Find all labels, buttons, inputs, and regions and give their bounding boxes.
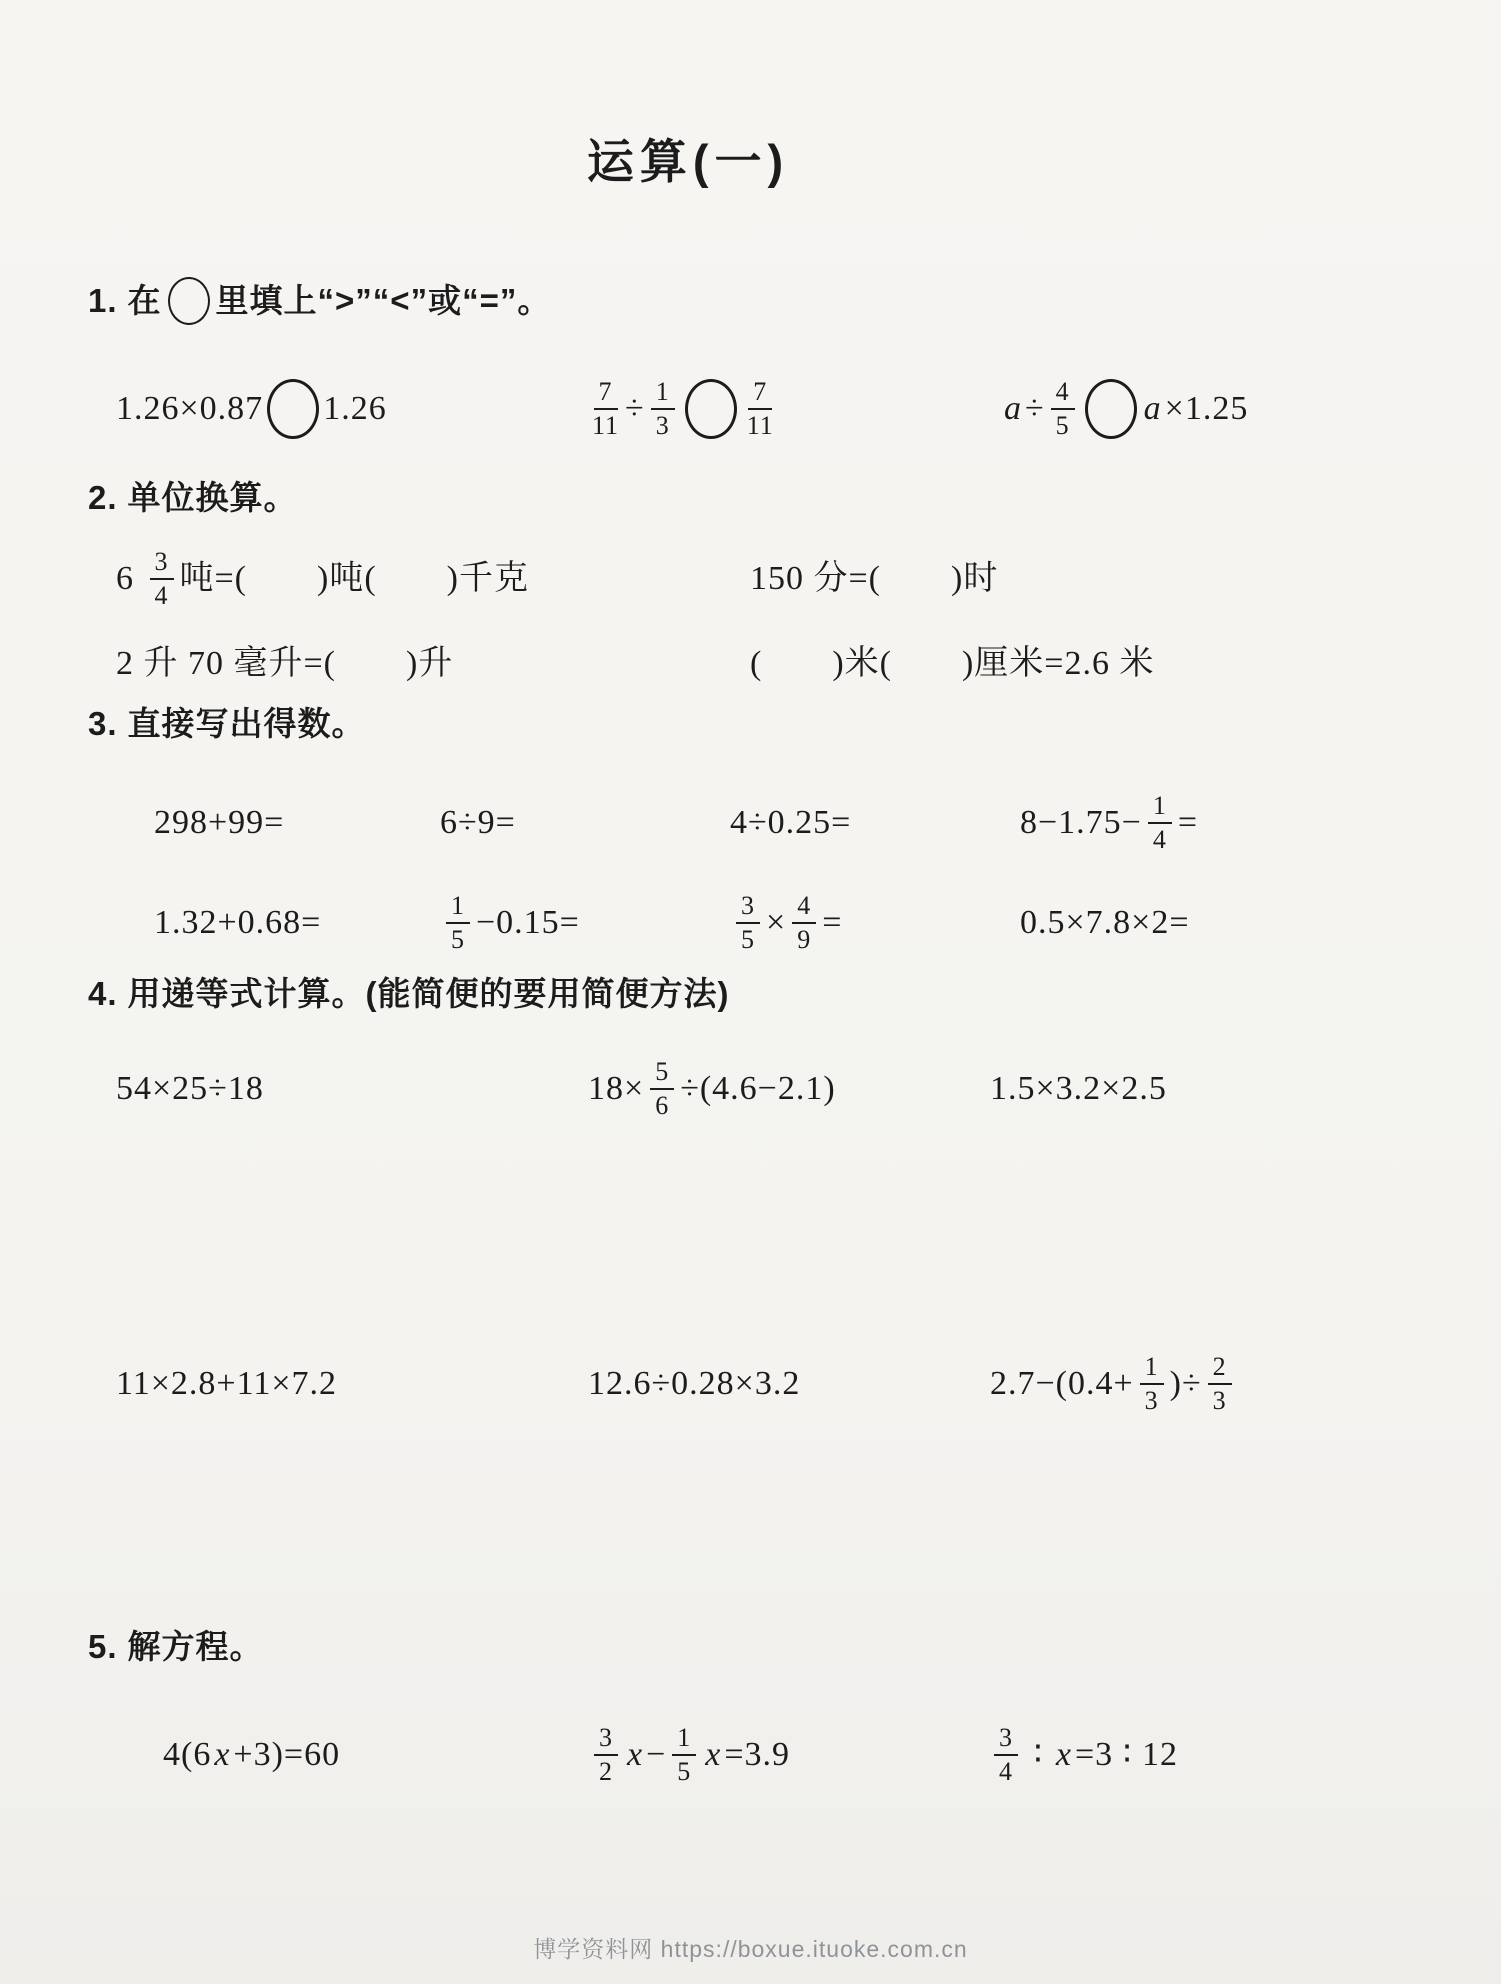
text-run: 1.32+0.68= xyxy=(154,902,321,945)
text-run: ÷ xyxy=(625,388,645,431)
variable: a xyxy=(1001,388,1025,431)
math-expression: 2 升 70 毫升=( )升 xyxy=(116,643,750,686)
fraction: 14 xyxy=(1148,792,1172,854)
question-3: 3. 直接写出得数。 298+99= 6÷9= 4÷0.25= 8−1.75−1… xyxy=(88,701,1451,971)
text-run: ÷(4.6−2.1) xyxy=(680,1068,835,1111)
variable: x xyxy=(702,1734,724,1777)
denominator: 5 xyxy=(741,924,755,954)
question-heading-text: 在里填上“>”“<”或“=”。 xyxy=(128,277,552,325)
math-expression: 6÷9= xyxy=(440,802,730,845)
math-expression: 4÷0.25= xyxy=(730,802,1020,845)
question-heading: 5. 解方程。 xyxy=(88,1624,1451,1670)
numerator: 4 xyxy=(1051,378,1075,410)
math-expression: ( )米( )厘米=2.6 米 xyxy=(750,643,1451,686)
text-run: ÷ xyxy=(1025,388,1045,431)
numerator: 3 xyxy=(736,892,760,924)
question-heading-text: 解方程。 xyxy=(128,1624,264,1670)
numerator: 7 xyxy=(748,378,772,410)
math-expression: 11×2.8+11×7.2 xyxy=(116,1363,588,1406)
text-run: 1.5×3.2×2.5 xyxy=(990,1068,1167,1111)
fraction: 15 xyxy=(446,892,470,954)
page-footer: 博学资料网 https://boxue.ituoke.com.cn xyxy=(0,1931,1501,1964)
text-run: ∶ xyxy=(1024,1734,1053,1777)
fraction: 23 xyxy=(1208,1353,1232,1415)
worksheet-page: 运算(一) 1. 在里填上“>”“<”或“=”。 1.26×0.871.26 7… xyxy=(0,31,1501,1810)
text-run: 12.6÷0.28×3.2 xyxy=(588,1363,800,1406)
question-heading: 3. 直接写出得数。 xyxy=(88,701,1451,747)
math-expression: 2.7−(0.4+13)÷23 xyxy=(990,1353,1451,1415)
expression-row: 2 升 70 毫升=( )升 ( )米( )厘米=2.6 米 xyxy=(88,637,1451,691)
math-expression: 1.26×0.871.26 xyxy=(116,379,586,439)
text-run: =3.9 xyxy=(724,1734,790,1777)
numerator: 1 xyxy=(651,378,675,410)
text-run: 6 xyxy=(116,558,144,601)
math-expression: 1.5×3.2×2.5 xyxy=(990,1068,1451,1111)
math-expression: 711÷13711 xyxy=(586,378,1001,440)
expression-row: 1.32+0.68= 15−0.15= 35×49= 0.5×7.8×2= xyxy=(88,875,1451,971)
text-run: +3)=60 xyxy=(233,1734,340,1777)
text-run: 在 xyxy=(128,278,162,324)
fraction: 34 xyxy=(150,548,174,610)
answer-circle xyxy=(168,277,210,325)
text-run: 150 分=( )时 xyxy=(750,558,998,601)
denominator: 4 xyxy=(999,1756,1013,1786)
numerator: 4 xyxy=(792,892,816,924)
question-number: 1. xyxy=(88,278,118,324)
expression-row: 6 34吨=( )吨( )千克 150 分=( )时 xyxy=(88,539,1451,619)
question-heading-text: 直接写出得数。 xyxy=(128,701,366,747)
denominator: 3 xyxy=(1213,1385,1227,1415)
numerator: 1 xyxy=(672,1724,696,1756)
text-run: ( )米( )厘米=2.6 米 xyxy=(750,643,1154,686)
text-run: 解方程。 xyxy=(128,1624,264,1670)
fraction: 35 xyxy=(736,892,760,954)
math-expression: 8−1.75−14= xyxy=(1020,792,1451,854)
fraction: 49 xyxy=(792,892,816,954)
numerator: 2 xyxy=(1208,1353,1232,1385)
question-5: 5. 解方程。 4(6x+3)=60 32x−15x=3.9 34 ∶ x=3 … xyxy=(88,1624,1451,1810)
numerator: 3 xyxy=(150,548,174,580)
math-expression: 54×25÷18 xyxy=(116,1068,588,1111)
fraction: 32 xyxy=(594,1724,618,1786)
text-run: 2 升 70 毫升=( )升 xyxy=(116,643,453,686)
denominator: 2 xyxy=(599,1756,613,1786)
text-run: 11×2.8+11×7.2 xyxy=(116,1363,337,1406)
numerator: 1 xyxy=(1148,792,1172,824)
question-number: 2. xyxy=(88,475,118,521)
fraction: 56 xyxy=(650,1058,674,1120)
text-run: 6÷9= xyxy=(440,802,516,845)
math-expression: 0.5×7.8×2= xyxy=(1020,902,1451,945)
math-expression: 6 34吨=( )吨( )千克 xyxy=(116,548,750,610)
math-expression: 32x−15x=3.9 xyxy=(588,1724,988,1786)
question-2: 2. 单位换算。 6 34吨=( )吨( )千克 150 分=( )时 2 升 … xyxy=(88,475,1451,691)
math-expression: 18×56÷(4.6−2.1) xyxy=(588,1058,990,1120)
text-run: =3 ∶ 12 xyxy=(1075,1734,1178,1777)
text-run: 0.5×7.8×2= xyxy=(1020,902,1190,945)
math-expression: 34 ∶ x=3 ∶ 12 xyxy=(988,1724,1451,1786)
fraction: 13 xyxy=(651,378,675,440)
text-run: 吨=( )吨( )千克 xyxy=(180,558,529,601)
text-run: 1.26 xyxy=(323,388,387,431)
text-run: − xyxy=(646,1734,666,1777)
denominator: 4 xyxy=(1153,824,1167,854)
text-run: ×1.25 xyxy=(1165,388,1249,431)
expression-row: 11×2.8+11×7.2 12.6÷0.28×3.2 2.7−(0.4+13)… xyxy=(88,1329,1451,1439)
denominator: 11 xyxy=(592,410,619,440)
variable: x xyxy=(1053,1734,1075,1777)
answer-circle xyxy=(685,379,737,439)
question-heading: 1. 在里填上“>”“<”或“=”。 xyxy=(88,277,1451,325)
text-run: 298+99= xyxy=(154,802,284,845)
numerator: 3 xyxy=(594,1724,618,1756)
fraction: 711 xyxy=(592,378,619,440)
denominator: 5 xyxy=(677,1756,691,1786)
denominator: 6 xyxy=(655,1090,669,1120)
fraction: 13 xyxy=(1140,1353,1164,1415)
math-expression: 298+99= xyxy=(154,802,440,845)
text-run: 2.7−(0.4+ xyxy=(990,1363,1134,1406)
question-1: 1. 在里填上“>”“<”或“=”。 1.26×0.871.26 711÷137… xyxy=(88,277,1451,451)
math-expression: 1.32+0.68= xyxy=(154,902,440,945)
text-run: −0.15= xyxy=(476,902,580,945)
answer-circle xyxy=(267,379,319,439)
expression-row: 54×25÷18 18×56÷(4.6−2.1) 1.5×3.2×2.5 xyxy=(88,1039,1451,1139)
denominator: 3 xyxy=(1145,1385,1159,1415)
text-run: = xyxy=(1178,802,1198,845)
fraction: 45 xyxy=(1051,378,1075,440)
math-expression: 12.6÷0.28×3.2 xyxy=(588,1363,990,1406)
text-run: 单位换算。 xyxy=(128,475,298,521)
math-expression: a÷45a×1.25 xyxy=(1001,378,1451,440)
answer-circle xyxy=(1085,379,1137,439)
question-heading: 4. 用递等式计算。(能简便的要用简便方法) xyxy=(88,971,1451,1017)
fraction: 711 xyxy=(747,378,774,440)
question-number: 4. xyxy=(88,971,118,1017)
text-run: 4÷0.25= xyxy=(730,802,851,845)
math-expression: 150 分=( )时 xyxy=(750,558,1451,601)
fraction: 34 xyxy=(994,1724,1018,1786)
numerator: 7 xyxy=(594,378,618,410)
denominator: 11 xyxy=(747,410,774,440)
expression-row: 1.26×0.871.26 711÷13711 a÷45a×1.25 xyxy=(88,367,1451,451)
text-run: 直接写出得数。 xyxy=(128,701,366,747)
denominator: 5 xyxy=(1056,410,1070,440)
math-expression: 15−0.15= xyxy=(440,892,730,954)
denominator: 9 xyxy=(797,924,811,954)
question-heading: 2. 单位换算。 xyxy=(88,475,1451,521)
question-heading-text: 用递等式计算。(能简便的要用简便方法) xyxy=(128,971,730,1017)
expression-row: 298+99= 6÷9= 4÷0.25= 8−1.75−14= xyxy=(88,775,1451,871)
text-run: 8−1.75− xyxy=(1020,802,1142,845)
question-number: 3. xyxy=(88,701,118,747)
variable: x xyxy=(624,1734,646,1777)
expression-row: 4(6x+3)=60 32x−15x=3.9 34 ∶ x=3 ∶ 12 xyxy=(88,1700,1451,1810)
text-run: 1.26×0.87 xyxy=(116,388,263,431)
fraction: 15 xyxy=(672,1724,696,1786)
text-run: 18× xyxy=(588,1068,644,1111)
numerator: 5 xyxy=(650,1058,674,1090)
numerator: 1 xyxy=(446,892,470,924)
math-expression: 35×49= xyxy=(730,892,1020,954)
question-4: 4. 用递等式计算。(能简便的要用简便方法) 54×25÷18 18×56÷(4… xyxy=(88,971,1451,1439)
text-run: )÷ xyxy=(1170,1363,1202,1406)
numerator: 1 xyxy=(1140,1353,1164,1385)
page-title: 运算(一) xyxy=(88,31,1288,193)
text-run: = xyxy=(822,902,842,945)
question-number: 5. xyxy=(88,1624,118,1670)
denominator: 5 xyxy=(451,924,465,954)
text-run: × xyxy=(766,902,786,945)
text-run: 用递等式计算。(能简便的要用简便方法) xyxy=(128,971,730,1017)
numerator: 3 xyxy=(994,1724,1018,1756)
variable: x xyxy=(211,1734,233,1777)
text-run: 54×25÷18 xyxy=(116,1068,264,1111)
question-heading-text: 单位换算。 xyxy=(128,475,298,521)
denominator: 3 xyxy=(656,410,670,440)
variable: a xyxy=(1141,388,1165,431)
text-run: 4(6 xyxy=(163,1734,211,1777)
text-run: 里填上“>”“<”或“=”。 xyxy=(216,278,552,324)
math-expression: 4(6x+3)=60 xyxy=(163,1734,588,1777)
denominator: 4 xyxy=(155,580,169,610)
